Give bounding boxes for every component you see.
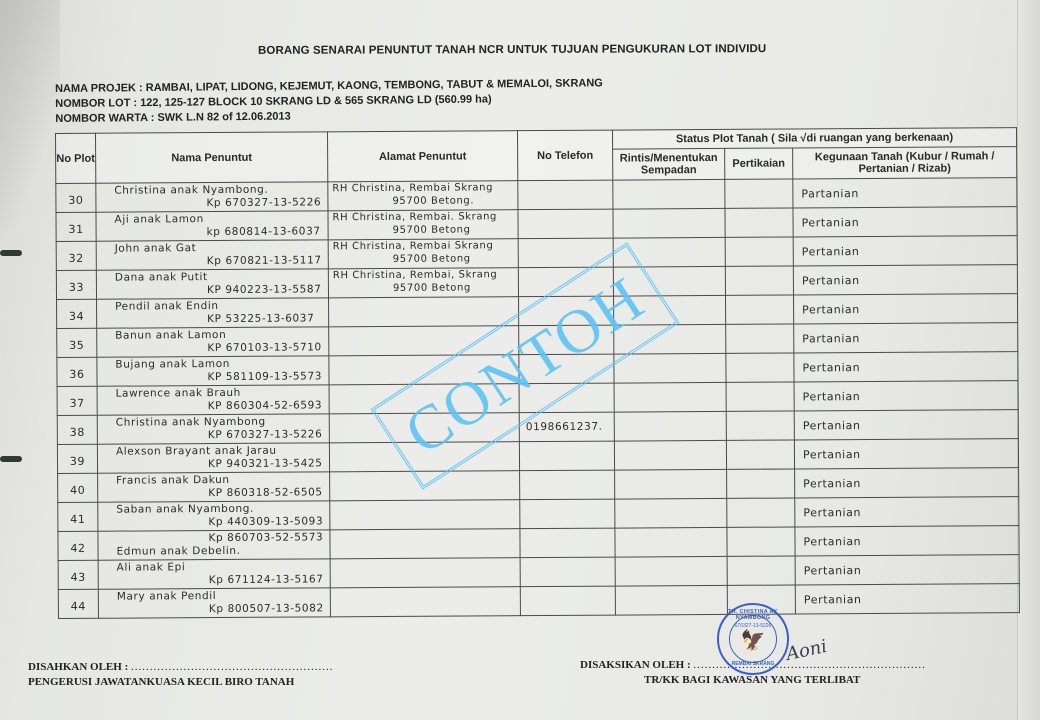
land-use-cell[interactable]: Pertanian xyxy=(795,497,1019,527)
pertikaian-checkbox-cell[interactable] xyxy=(727,527,795,556)
rintis-checkbox-cell[interactable] xyxy=(614,382,726,412)
phone-cell[interactable] xyxy=(519,354,614,384)
claimant-ic-number: kp 680814-13-6037 xyxy=(207,225,321,238)
claimant-name-cell[interactable]: Dana anak PutitKP 940223-13-5587 xyxy=(96,269,328,299)
pertikaian-checkbox-cell[interactable] xyxy=(726,382,794,411)
claimant-name-cell[interactable]: Banun anak LamonKP 670103-13-5710 xyxy=(97,327,329,357)
claimant-name: Banun anak Lamon xyxy=(115,329,226,342)
claimant-table-body: 30Christina anak Nyambong.Kp 670327-13-5… xyxy=(56,178,1020,619)
plot-number: 44 xyxy=(59,590,98,613)
plot-number: 31 xyxy=(56,213,95,236)
rintis-checkbox-cell[interactable] xyxy=(614,411,726,441)
claimant-name-cell[interactable]: Christina anak NyambongKP 670327-13-5226 xyxy=(97,414,329,444)
land-use-cell[interactable]: Pertanian xyxy=(795,555,1019,585)
land-use: Pertanian xyxy=(802,245,860,258)
claimant-address-cell[interactable] xyxy=(329,355,519,385)
claimant-name: Alexson Brayant anak Jarau xyxy=(116,445,277,458)
claimant-ic-number: Kp 440309-13-5093 xyxy=(208,515,323,528)
land-use: Pertanian xyxy=(803,506,861,519)
address-line-2: 95700 Betong xyxy=(393,224,471,235)
address-line-2: 95700 Betong xyxy=(393,282,471,293)
plot-number-cell: 36 xyxy=(57,357,97,386)
plot-number: 36 xyxy=(57,358,96,381)
claimant-name-cell[interactable]: John anak GatKp 670821-13-5117 xyxy=(96,240,328,270)
rintis-checkbox-cell[interactable] xyxy=(614,353,726,383)
land-use-cell[interactable]: Pertanian xyxy=(794,352,1018,382)
pertikaian-checkbox-cell[interactable] xyxy=(727,498,795,527)
official-seal: TR. CHISTINA AK NYAMBONG 670327-13-5226 … xyxy=(717,603,789,675)
phone-cell[interactable] xyxy=(518,209,613,239)
header-alamat-penuntut: Alamat Penuntut xyxy=(327,131,517,182)
claimant-ic-number: KP 940321-13-5425 xyxy=(208,457,323,470)
plot-number: 39 xyxy=(58,445,97,468)
claimant-ic-number: KP 860318-52-6505 xyxy=(208,486,323,499)
binder-clip-mark xyxy=(0,250,22,256)
witness-title: TR/KK BAGI KAWASAN YANG TERLIBAT xyxy=(580,673,926,688)
land-use-cell[interactable]: Pertanian xyxy=(793,236,1017,266)
plot-number-cell: 43 xyxy=(58,560,98,589)
claimant-address-cell[interactable] xyxy=(329,384,519,414)
header-rintis: Rintis/Menentukan Sempadan xyxy=(613,148,725,180)
plot-number-cell: 30 xyxy=(56,183,96,212)
approved-by-signature-line: ........................................… xyxy=(131,661,334,673)
plot-number: 40 xyxy=(58,474,97,497)
claimant-name: Aji anak Lamon xyxy=(114,213,203,226)
land-use-cell[interactable]: Pertanian xyxy=(795,584,1019,614)
land-use-cell[interactable]: Pertanian xyxy=(794,381,1018,411)
plot-number: 34 xyxy=(57,300,96,323)
claimant-ic-number: KP 940223-13-5587 xyxy=(207,283,322,296)
claimant-address-cell[interactable] xyxy=(329,413,519,443)
header-pertikaian: Pertikaian xyxy=(725,148,793,179)
claimant-ic-number: KP 53225-13-6037 xyxy=(207,312,314,325)
land-use: Partanian xyxy=(801,187,859,200)
plot-number-cell: 35 xyxy=(57,328,97,357)
plot-number-cell: 40 xyxy=(58,473,98,502)
address-line-2: 95700 Betong. xyxy=(392,195,474,206)
plot-number: 30 xyxy=(56,184,95,207)
land-use: Partanian xyxy=(802,332,860,345)
eagle-emblem-icon: 🦅 xyxy=(719,631,787,651)
land-use-cell[interactable]: Pertanian xyxy=(793,265,1017,295)
header-kegunaan-tanah: Kegunaan Tanah (Kubur / Rumah / Pertania… xyxy=(793,147,1017,179)
rintis-checkbox-cell[interactable] xyxy=(615,469,727,499)
rintis-checkbox-cell[interactable] xyxy=(615,556,727,586)
claimant-address-cell[interactable]: RH Christina, Rembai Skrang95700 Betong xyxy=(328,239,518,269)
plot-number-cell: 31 xyxy=(56,212,96,241)
rintis-checkbox-cell[interactable] xyxy=(614,295,726,325)
plot-number-cell: 39 xyxy=(57,444,97,473)
phone-cell[interactable]: 0198661237. xyxy=(519,412,614,442)
land-use: Pertanian xyxy=(803,477,861,490)
header-nama-penuntut: Nama Penuntut xyxy=(96,132,328,183)
phone-cell[interactable] xyxy=(520,470,615,500)
claimant-address-cell[interactable]: RH Christina, Rembai Skrang95700 Betong. xyxy=(328,181,518,211)
claimant-table-wrapper: No Plot Nama Penuntut Alamat Penuntut No… xyxy=(55,127,1020,619)
address-line-1: RH Christina, Rembai Skrang xyxy=(333,240,494,252)
claimant-table: No Plot Nama Penuntut Alamat Penuntut No… xyxy=(55,127,1020,619)
land-use: Pertanian xyxy=(802,216,860,229)
land-use-cell[interactable]: Pertanian xyxy=(793,207,1017,237)
plot-number: 42 xyxy=(58,532,97,555)
claimant-name: Dana anak Putit xyxy=(115,271,208,284)
claimant-name-cell[interactable]: Christina anak Nyambong.Kp 670327-13-522… xyxy=(96,182,328,212)
phone-cell[interactable] xyxy=(520,528,615,558)
plot-number: 35 xyxy=(57,329,96,352)
claimant-ic-number: KP 670327-13-5226 xyxy=(208,428,323,441)
phone-cell[interactable] xyxy=(518,238,613,268)
claimant-name: Edmun anak Debelin. xyxy=(117,545,241,558)
approval-block: DISAHKAN OLEH : ........................… xyxy=(28,660,334,690)
phone-cell[interactable] xyxy=(519,441,614,471)
claimant-name: Christina anak Nyambong. xyxy=(114,184,268,197)
land-use: Pertanian xyxy=(803,419,861,432)
claimant-ic-number: KP 581109-13-5573 xyxy=(207,370,322,383)
pertikaian-checkbox-cell[interactable] xyxy=(727,556,795,585)
pertikaian-checkbox-cell[interactable] xyxy=(726,411,794,440)
rintis-checkbox-cell[interactable] xyxy=(613,266,725,296)
claimant-name-cell[interactable]: Mary anak PendilKp 800507-13-5082 xyxy=(98,588,330,618)
claimant-address-cell[interactable] xyxy=(330,471,520,501)
pertikaian-checkbox-cell[interactable] xyxy=(725,179,793,208)
seal-name: TR. CHISTINA AK NYAMBONG xyxy=(719,609,787,621)
claimant-name-cell[interactable]: Ali anak EpiKp 671124-13-5167 xyxy=(98,559,330,589)
land-use: Pertanian xyxy=(802,361,860,374)
rintis-checkbox-cell[interactable] xyxy=(614,440,726,470)
plot-number-cell: 32 xyxy=(56,241,96,270)
approver-title: PENGERUSI JAWATANKUASA KECIL BIRO TANAH xyxy=(28,675,334,690)
claimant-address-cell[interactable] xyxy=(330,558,520,588)
land-use: Pertanian xyxy=(802,274,860,287)
plot-number-cell: 42 xyxy=(58,531,98,560)
claimant-name-cell[interactable]: Lawrence anak BrauhKP 860304-52-6593 xyxy=(97,385,329,415)
plot-number: 33 xyxy=(57,271,96,294)
rintis-checkbox-cell[interactable] xyxy=(613,237,725,267)
claimant-name-cell[interactable]: Bujang anak LamonKP 581109-13-5573 xyxy=(97,356,329,386)
claimant-ic-number: Kp 670821-13-5117 xyxy=(207,254,322,267)
rintis-checkbox-cell[interactable] xyxy=(615,585,727,615)
land-use: Pertanian xyxy=(804,564,862,577)
land-use-cell[interactable]: Pertanian xyxy=(795,526,1019,556)
project-meta: NAMA PROJEK : RAMBAI, LIPAT, LIDONG, KEJ… xyxy=(55,76,603,127)
phone-cell[interactable] xyxy=(520,557,615,587)
address-line-2: 95700 Betong xyxy=(393,253,471,264)
claimant-name: Pendil anak Endin xyxy=(115,300,219,313)
land-use-cell[interactable]: Pertanian xyxy=(795,468,1019,498)
binder-clip-mark xyxy=(0,456,22,462)
plot-number: 32 xyxy=(57,242,96,265)
phone-cell[interactable] xyxy=(520,499,615,529)
header-no-telefon: No Telefon xyxy=(517,130,612,181)
address-line-1: RH Christina, Rembai Skrang xyxy=(332,182,493,194)
address-line-1: RH Christina, Rembai, Skrang xyxy=(333,269,498,281)
header-no-plot: No Plot xyxy=(56,133,96,183)
rintis-checkbox-cell[interactable] xyxy=(613,179,725,209)
land-use: Pertanian xyxy=(803,535,861,548)
land-use-cell[interactable]: Partanian xyxy=(793,178,1017,208)
claimant-ic-number: KP 860304-52-6593 xyxy=(208,399,323,412)
claimant-address-cell[interactable]: RH Christina, Rembai, Skrang95700 Betong xyxy=(328,268,518,298)
witnessed-by-label: DISAKSIKAN OLEH : xyxy=(580,659,691,671)
page-edge xyxy=(1017,0,1040,720)
rintis-checkbox-cell[interactable] xyxy=(613,208,725,238)
claimant-name: Saban anak Nyambong. xyxy=(116,503,254,516)
page-fold-shadow xyxy=(0,0,60,230)
claimant-name: Francis anak Dakun xyxy=(116,474,230,487)
rintis-checkbox-cell[interactable] xyxy=(614,324,726,354)
phone-number: 0198661237. xyxy=(526,421,603,433)
claimant-ic-number: Kp 800507-13-5082 xyxy=(209,602,324,615)
land-use-cell[interactable]: Pertanian xyxy=(794,294,1018,324)
claimant-name-cell[interactable]: Edmun anak Debelin.Kp 860703-52-5573 xyxy=(98,530,330,560)
claimant-ic-number: Kp 671124-13-5167 xyxy=(209,573,324,586)
phone-cell[interactable] xyxy=(520,586,615,616)
pertikaian-checkbox-cell[interactable] xyxy=(727,469,795,498)
seal-ic-number: 670327-13-5226 xyxy=(719,623,787,629)
claimant-ic-number: KP 670103-13-5710 xyxy=(207,341,322,354)
pertikaian-checkbox-cell[interactable] xyxy=(725,208,793,237)
claimant-name-cell[interactable]: Pendil anak EndinKP 53225-13-6037 xyxy=(97,298,329,328)
pertikaian-checkbox-cell[interactable] xyxy=(726,353,794,382)
approved-by-label: DISAHKAN OLEH : xyxy=(28,661,128,673)
claimant-name: Ali anak Epi xyxy=(117,561,186,573)
rintis-checkbox-cell[interactable] xyxy=(615,498,727,528)
land-use: Pertanian xyxy=(803,448,861,461)
land-use: Pertanian xyxy=(802,303,860,316)
phone-cell[interactable] xyxy=(518,180,613,210)
phone-cell[interactable] xyxy=(519,296,614,326)
claimant-name: Lawrence anak Brauh xyxy=(116,387,241,400)
land-use: Pertanian xyxy=(803,390,861,403)
land-use-cell[interactable]: Pertanian xyxy=(794,410,1018,440)
claimant-name: Bujang anak Lamon xyxy=(115,358,230,371)
seal-location: REMBAI SKRANG xyxy=(719,661,787,667)
plot-number: 38 xyxy=(58,416,97,439)
claimant-ic-number: Kp 860703-52-5573 xyxy=(208,531,323,544)
claimant-name: John anak Gat xyxy=(115,242,197,254)
land-use-cell[interactable]: Pertanian xyxy=(794,439,1018,469)
header-status-plot-tanah: Status Plot Tanah ( Sila √di ruangan yan… xyxy=(612,128,1016,149)
claimant-address-cell[interactable] xyxy=(330,587,520,617)
claimant-ic-number: Kp 670327-13-5226 xyxy=(206,196,321,209)
claimant-address-cell[interactable] xyxy=(329,326,519,356)
plot-number-cell: 44 xyxy=(58,589,98,618)
pertikaian-checkbox-cell[interactable] xyxy=(725,237,793,266)
address-line-1: RH Christina, Rembai. Skrang xyxy=(332,211,497,223)
claimant-name-cell[interactable]: Saban anak Nyambong.Kp 440309-13-5093 xyxy=(98,501,330,531)
claimant-name: Mary anak Pendil xyxy=(117,590,217,603)
pertikaian-checkbox-cell[interactable] xyxy=(725,266,793,295)
table-row: 44Mary anak PendilKp 800507-13-5082Perta… xyxy=(58,584,1019,619)
plot-number-cell: 34 xyxy=(57,299,97,328)
phone-cell[interactable] xyxy=(519,325,614,355)
claimant-address-cell[interactable]: RH Christina, Rembai. Skrang95700 Betong xyxy=(328,210,518,240)
pertikaian-checkbox-cell[interactable] xyxy=(726,440,794,469)
plot-number-cell: 37 xyxy=(57,386,97,415)
plot-number-cell: 33 xyxy=(56,270,96,299)
claimant-address-cell[interactable] xyxy=(330,529,520,559)
claimant-name-cell[interactable]: Alexson Brayant anak JarauKP 940321-13-5… xyxy=(97,443,329,473)
plot-number-cell: 41 xyxy=(58,502,98,531)
phone-cell[interactable] xyxy=(519,383,614,413)
claimant-name-cell[interactable]: Francis anak DakunKP 860318-52-6505 xyxy=(98,472,330,502)
land-use: Pertanian xyxy=(804,593,862,606)
pertikaian-checkbox-cell[interactable] xyxy=(726,295,794,324)
claimant-address-cell[interactable] xyxy=(330,500,520,530)
claimant-address-cell[interactable] xyxy=(329,442,519,472)
pertikaian-checkbox-cell[interactable] xyxy=(726,324,794,353)
document-title: BORANG SENARAI PENUNTUT TANAH NCR UNTUK … xyxy=(258,43,766,57)
plot-number: 43 xyxy=(59,561,98,584)
claimant-address-cell[interactable] xyxy=(329,297,519,327)
land-use-cell[interactable]: Partanian xyxy=(794,323,1018,353)
rintis-checkbox-cell[interactable] xyxy=(615,527,727,557)
phone-cell[interactable] xyxy=(518,267,613,297)
plot-number: 37 xyxy=(58,387,97,410)
claimant-name-cell[interactable]: Aji anak Lamonkp 680814-13-6037 xyxy=(96,211,328,241)
claimant-name: Christina anak Nyambong xyxy=(116,416,266,429)
plot-number: 41 xyxy=(58,503,97,526)
plot-number-cell: 38 xyxy=(57,415,97,444)
